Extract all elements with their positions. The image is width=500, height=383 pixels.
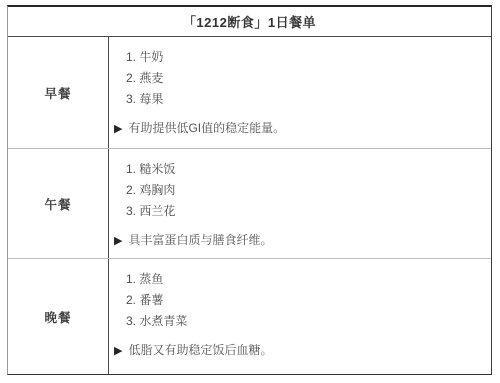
meal-label: 早餐	[8, 37, 109, 148]
triangle-marker-icon: ▶	[114, 123, 122, 135]
meal-note-text: 具丰富蛋白质与膳食纤维。	[128, 233, 272, 247]
meal-label: 晚餐	[8, 259, 109, 374]
meal-item: 3. 西兰花	[114, 201, 483, 222]
meal-row-lunch: 午餐 1. 糙米饭 2. 鸡胸肉 3. 西兰花 ▶具丰富蛋白质与膳食纤维。	[8, 148, 491, 258]
meal-item: 3. 水煮青菜	[114, 311, 483, 332]
meal-label: 午餐	[8, 149, 109, 258]
meal-item: 2. 燕麦	[114, 68, 483, 89]
meal-item: 3. 莓果	[114, 89, 483, 110]
meal-item: 2. 番薯	[114, 290, 483, 311]
table-title: 「1212断食」1日餐单	[8, 7, 491, 37]
meal-note-text: 有助提供低GI值的稳定能量。	[128, 121, 285, 135]
meal-item: 1. 蒸鱼	[114, 269, 483, 290]
meal-note: ▶有助提供低GI值的稳定能量。	[114, 118, 483, 139]
page: { "title": "「1212断食」1日餐单", "note_marker"…	[0, 0, 500, 383]
meal-content: 1. 糙米饭 2. 鸡胸肉 3. 西兰花 ▶具丰富蛋白质与膳食纤维。	[109, 149, 491, 258]
meal-row-dinner: 晚餐 1. 蒸鱼 2. 番薯 3. 水煮青菜 ▶低脂又有助稳定饭后血糖。	[8, 258, 491, 374]
meal-item: 1. 糙米饭	[114, 159, 483, 180]
triangle-marker-icon: ▶	[114, 235, 122, 247]
meal-note-text: 低脂又有助稳定饭后血糖。	[128, 343, 272, 357]
meal-item: 1. 牛奶	[114, 47, 483, 68]
meal-note: ▶具丰富蛋白质与膳食纤维。	[114, 230, 483, 251]
meal-plan-table: 「1212断食」1日餐单 早餐 1. 牛奶 2. 燕麦 3. 莓果 ▶有助提供低…	[7, 5, 492, 375]
meal-content: 1. 蒸鱼 2. 番薯 3. 水煮青菜 ▶低脂又有助稳定饭后血糖。	[109, 259, 491, 374]
meal-item: 2. 鸡胸肉	[114, 180, 483, 201]
meal-note: ▶低脂又有助稳定饭后血糖。	[114, 340, 483, 361]
meal-content: 1. 牛奶 2. 燕麦 3. 莓果 ▶有助提供低GI值的稳定能量。	[109, 37, 491, 148]
meal-row-breakfast: 早餐 1. 牛奶 2. 燕麦 3. 莓果 ▶有助提供低GI值的稳定能量。	[8, 37, 491, 148]
triangle-marker-icon: ▶	[114, 345, 122, 357]
